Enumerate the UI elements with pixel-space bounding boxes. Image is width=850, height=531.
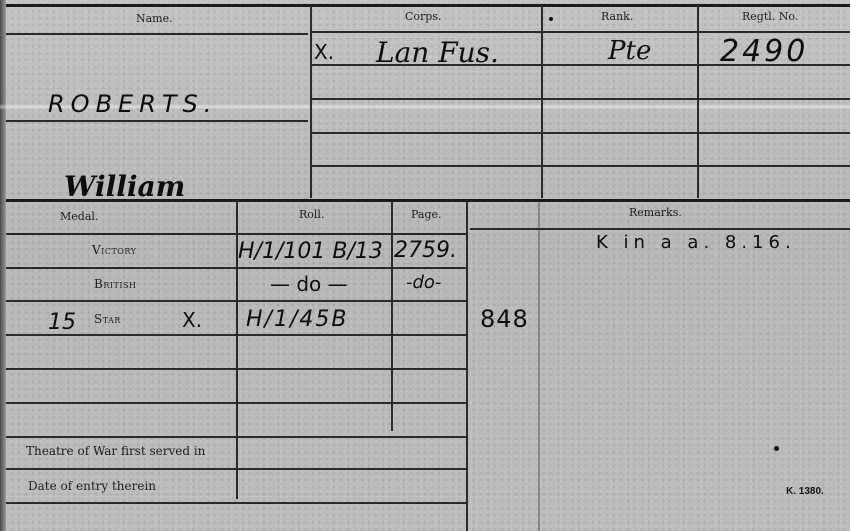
theatre-label: Theatre of War first served in [26, 444, 205, 458]
surname: ROBERTS. [48, 90, 217, 118]
corps-rank-divider [541, 6, 543, 198]
remarks-value: K in a a. 8.16. [596, 232, 796, 253]
rank-value: Pte [608, 36, 651, 66]
top-header-rule [312, 31, 850, 33]
side-number: 848 [480, 305, 529, 333]
forename: William [64, 170, 185, 203]
remarks-header-rule [470, 228, 850, 230]
corps-header: Corps. [405, 10, 441, 23]
card-edge [0, 0, 6, 531]
row-rule [312, 165, 850, 167]
date-entry-label: Date of entry therein [28, 479, 156, 493]
name-corps-divider [310, 6, 312, 198]
medal-header: Medal. [60, 210, 98, 223]
roll-page-divider [391, 201, 393, 431]
name-header-rule [6, 33, 308, 35]
page-victory: 2759. [394, 238, 457, 263]
name-header: Name. [136, 12, 173, 25]
ink-blot [774, 446, 779, 451]
roll-british: — do — [270, 272, 348, 296]
roll-header: Roll. [299, 208, 324, 221]
row-rule [6, 502, 466, 504]
medal-index-card: Name. Corps. Rank. Regtl. No. Medal. Rol… [0, 0, 850, 531]
star-mark: X. [182, 308, 202, 332]
regtl-no-header: Regtl. No. [742, 10, 798, 23]
form-number: K. 1380. [786, 486, 824, 497]
rank-regtl-divider [697, 6, 699, 198]
medal-name-british: British [94, 277, 136, 291]
page-header: Page. [411, 208, 442, 221]
page-remarks-divider [466, 201, 468, 531]
corps-mark: X. [314, 40, 334, 64]
corps-value: Lan Fus. [376, 36, 499, 69]
star-prefix: 15 [48, 310, 76, 335]
row-rule [312, 98, 850, 100]
remarks-header: Remarks. [629, 206, 682, 219]
regtl-no-value: 2490 [720, 34, 808, 69]
rank-header: Rank. [601, 10, 633, 23]
roll-victory: H/1/101 B/13 [238, 239, 383, 264]
roll-star: H/1/45B [246, 307, 348, 332]
medal-name-victory: Victory [92, 243, 136, 257]
medal-name-star: Star [94, 312, 121, 326]
page-british: -do- [406, 272, 441, 293]
row-rule [312, 132, 850, 134]
surname-rule [6, 120, 308, 122]
remarks-faint-divider [538, 201, 540, 531]
ink-dot [549, 17, 553, 21]
top-border [6, 4, 850, 7]
